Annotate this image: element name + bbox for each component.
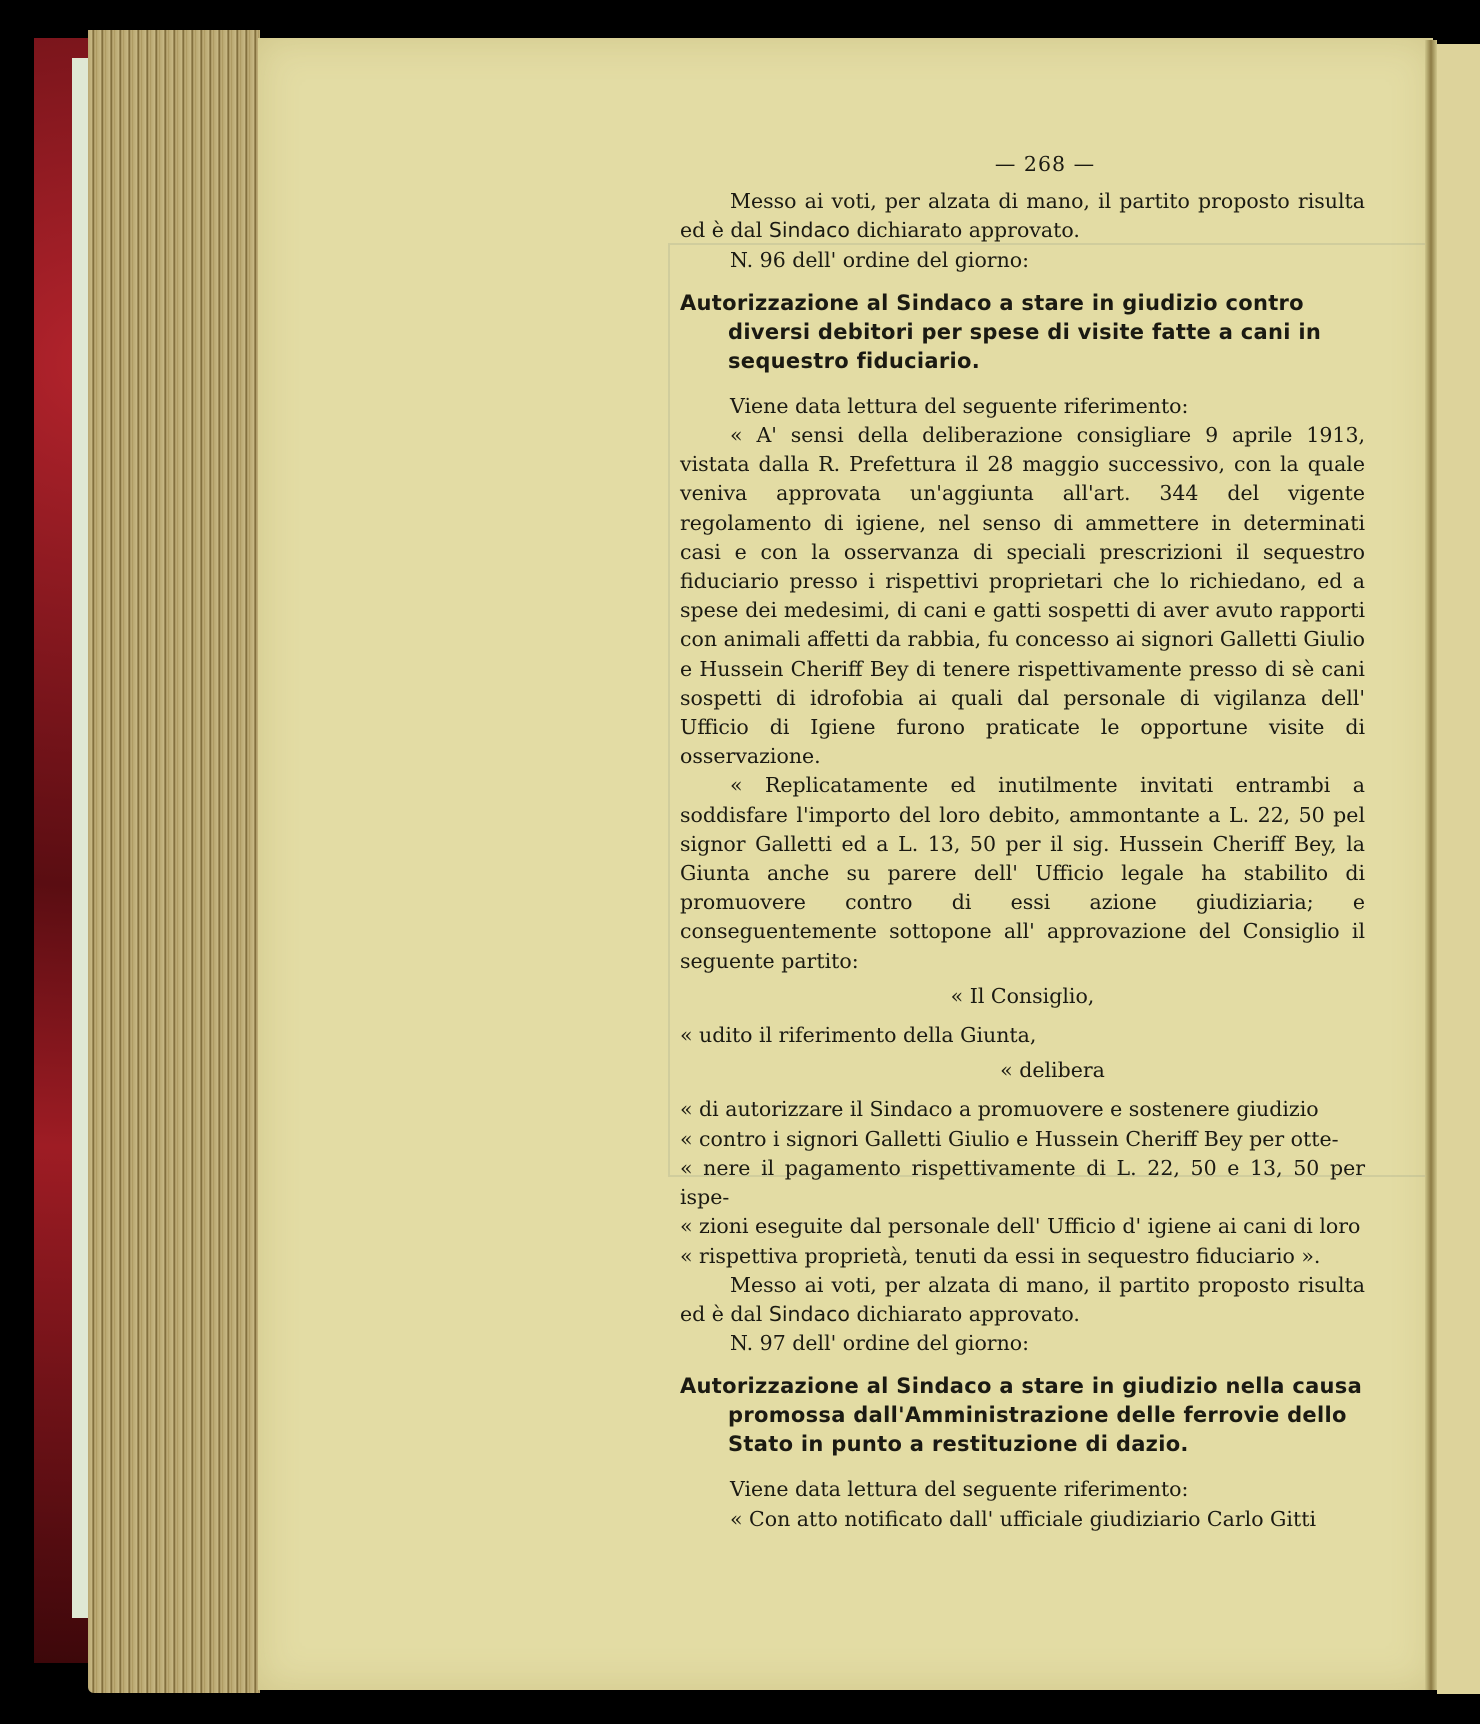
report-paragraph: « Con atto notificato dall' ufficiale gi… <box>680 1505 1365 1534</box>
sindaco-word: Sindaco <box>769 218 850 242</box>
vote-result-paragraph: Messo ai voti, per alzata di mano, il pa… <box>680 187 1365 245</box>
council-heading: « Il Consiglio, <box>680 982 1365 1011</box>
resolution-line: « di autorizzare il Sindaco a promuovere… <box>680 1095 1365 1124</box>
council-preamble: « udito il riferimento della Giunta, <box>680 1021 1365 1050</box>
section-heading: Autorizzazione al Sindaco a stare in giu… <box>680 1372 1365 1459</box>
report-paragraph: « Replicatamente ed inutilmente invitati… <box>680 771 1365 975</box>
resolution-line: « zioni eseguite dal personale dell' Uff… <box>680 1212 1365 1241</box>
reading-intro: Viene data lettura del seguente riferime… <box>680 392 1365 421</box>
page-stack-edges <box>88 30 260 1693</box>
agenda-item-number: N. 97 dell' ordine del giorno: <box>680 1329 1365 1358</box>
sindaco-word: Sindaco <box>769 1302 850 1326</box>
agenda-item-number: N. 96 dell' ordine del giorno: <box>680 246 1365 275</box>
resolution-line: « contro i signori Galletti Giulio e Hus… <box>680 1125 1365 1154</box>
resolution-line: « nere il pagamento rispettivamente di L… <box>680 1154 1365 1212</box>
page-gutter <box>1425 40 1437 1690</box>
delibera-heading: « delibera <box>740 1056 1365 1085</box>
page-number: — 268 — <box>725 150 1365 179</box>
resolution-line: « rispettiva proprietà, tenuti da essi i… <box>680 1242 1365 1271</box>
facing-page-edge <box>1437 44 1480 1694</box>
report-paragraph: « A' sensi della deliberazione consiglia… <box>680 421 1365 771</box>
reading-intro: Viene data lettura del seguente riferime… <box>680 1475 1365 1504</box>
page-content: — 268 — Messo ai voti, per alzata di man… <box>680 150 1365 1534</box>
vote-result-paragraph: Messo ai voti, per alzata di mano, il pa… <box>680 1271 1365 1329</box>
section-heading: Autorizzazione al Sindaco a stare in giu… <box>680 289 1365 376</box>
resolution-text: « di autorizzare il Sindaco a promuovere… <box>680 1095 1365 1270</box>
